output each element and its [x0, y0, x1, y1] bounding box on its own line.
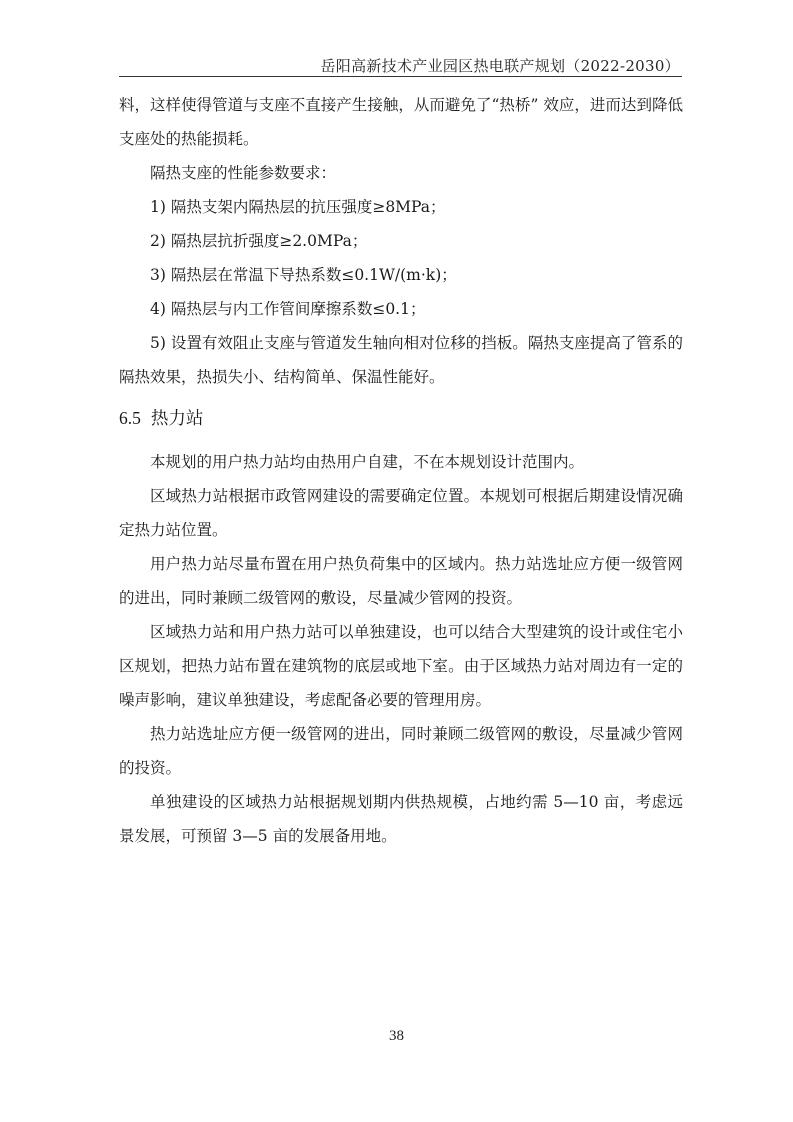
list-item: 4) 隔热层与内工作管间摩擦系数≤0.1； — [119, 292, 683, 326]
paragraph: 用户热力站尽量布置在用户热负荷集中的区域内。热力站选址应方便一级管网的进出，同时… — [119, 547, 683, 615]
document-body: 料，这样使得管道与支座不直接产生接触，从而避免了“热桥” 效应，进而达到降低支座… — [119, 88, 683, 853]
list-item: 5) 设置有效阻止支座与管道发生轴向相对位移的挡板。隔热支座提高了管系的隔热效果… — [119, 326, 683, 394]
paragraph: 隔热支座的性能参数要求： — [119, 156, 683, 190]
paragraph: 区域热力站和用户热力站可以单独建设，也可以结合大型建筑的设计或住宅小区规划，把热… — [119, 615, 683, 717]
paragraph: 区域热力站根据市政管网建设的需要确定位置。本规划可根据后期建设情况确定热力站位置… — [119, 479, 683, 547]
page-number: 38 — [0, 1028, 793, 1045]
paragraph: 热力站选址应方便一级管网的进出，同时兼顾二级管网的敷设，尽量减少管网的投资。 — [119, 717, 683, 785]
section-title: 热力站 — [151, 409, 204, 429]
header-divider — [119, 76, 682, 77]
paragraph: 料，这样使得管道与支座不直接产生接触，从而避免了“热桥” 效应，进而达到降低支座… — [119, 88, 683, 156]
list-item: 3) 隔热层在常温下导热系数≤0.1W/(m·k)； — [119, 258, 683, 292]
section-heading: 6.5热力站 — [119, 400, 683, 437]
section-number: 6.5 — [119, 408, 141, 428]
paragraph: 单独建设的区域热力站根据规划期内供热规模，占地约需 5—10 亩，考虑远景发展，… — [119, 785, 683, 853]
list-item: 2) 隔热层抗折强度≥2.0MPa； — [119, 224, 683, 258]
document-header-title: 岳阳高新技术产业园区热电联产规划（2022-2030） — [320, 55, 680, 76]
list-item: 1) 隔热支架内隔热层的抗压强度≥8MPa； — [119, 190, 683, 224]
paragraph: 本规划的用户热力站均由热用户自建，不在本规划设计范围内。 — [119, 445, 683, 479]
